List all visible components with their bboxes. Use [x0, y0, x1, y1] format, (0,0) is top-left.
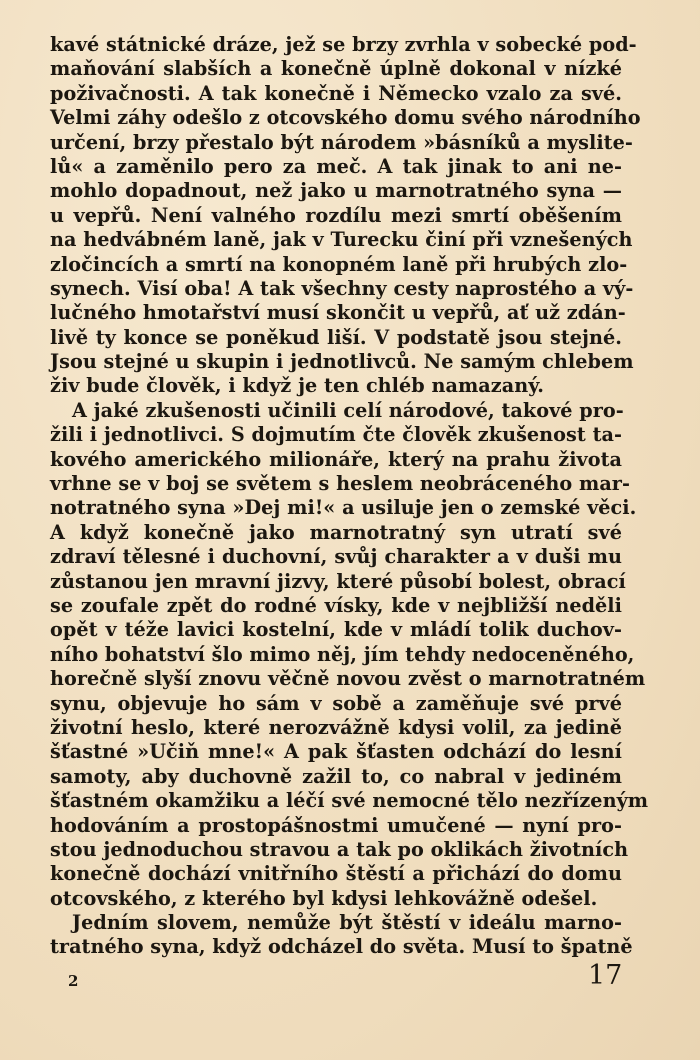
text-line: Velmi záhy odešlo z otcovského domu svéh…: [50, 106, 622, 130]
text-line: ního bohatství šlo mimo něj, jím tehdy n…: [50, 643, 622, 667]
text-line: maňování slabších a konečně úplně dokona…: [50, 57, 622, 81]
text-line: určení, brzy přestalo být národem »básní…: [50, 131, 622, 155]
text-line: kavé státnické dráze, jež se brzy zvrhla…: [50, 33, 622, 57]
text-line: lů« a zaměnilo pero za meč. A tak jinak …: [50, 155, 622, 179]
text-line: zdraví tělesné i duchovní, svůj charakte…: [50, 545, 622, 569]
text-line: se zoufale zpět do rodné vísky, kde v ne…: [50, 594, 622, 618]
text-line: životní heslo, které nerozvážně kdysi vo…: [50, 716, 622, 740]
text-line: u vepřů. Není valného rozdílu mezi smrtí…: [50, 204, 622, 228]
signature-mark: 2: [68, 972, 78, 990]
text-line: livě ty konce se poněkud liší. V podstat…: [50, 326, 622, 350]
text-line: A jaké zkušenosti učinili celí národové,…: [50, 399, 622, 423]
text-line: poživačnosti. A tak konečně i Německo vz…: [50, 82, 622, 106]
text-line: konečně dochází vnitřního štěstí a přich…: [50, 862, 622, 886]
text-line: šťastné »Učiň mne!« A pak šťasten odcház…: [50, 740, 622, 764]
book-page-text: kavé státnické dráze, jež se brzy zvrhla…: [50, 33, 622, 960]
text-line: horečně slyší znovu věčně novou zvěst o …: [50, 667, 622, 691]
text-line: zůstanou jen mravní jizvy, které působí …: [50, 570, 622, 594]
text-line: notratného syna »Dej mi!« a usiluje jen …: [50, 496, 622, 520]
text-line: šťastném okamžiku a léčí své nemocné těl…: [50, 789, 622, 813]
text-line: Jedním slovem, nemůže být štěstí v ideál…: [50, 911, 622, 935]
text-line: tratného syna, když odcházel do světa. M…: [50, 935, 622, 959]
text-line: opět v téže lavici kostelní, kde v mládí…: [50, 618, 622, 642]
page-number: 17: [588, 960, 622, 991]
text-line: živ bude člověk, i když je ten chléb nam…: [50, 374, 622, 398]
text-line: A když konečně jako marnotratný syn utra…: [50, 521, 622, 545]
text-line: žili i jednotlivci. S dojmutím čte člově…: [50, 423, 622, 447]
text-line: stou jednoduchou stravou a tak po okliká…: [50, 838, 622, 862]
text-line: lučného hmotařství musí skončit u vepřů,…: [50, 301, 622, 325]
text-line: vrhne se v boj se světem s heslem neobrá…: [50, 472, 622, 496]
text-line: Jsou stejné u skupin i jednotlivců. Ne s…: [50, 350, 622, 374]
text-line: hodováním a prostopášnostmi umučené — ny…: [50, 814, 622, 838]
text-line: samoty, aby duchovně zažil to, co nabral…: [50, 765, 622, 789]
text-line: kového amerického milionáře, který na pr…: [50, 448, 622, 472]
text-line: mohlo dopadnout, než jako u marnotratnéh…: [50, 179, 622, 203]
text-line: na hedvábném laně, jak v Turecku činí př…: [50, 228, 622, 252]
text-line: synu, objevuje ho sám v sobě a zaměňuje …: [50, 692, 622, 716]
text-line: otcovského, z kterého byl kdysi lehkováž…: [50, 887, 622, 911]
text-line: zločincích a smrtí na konopném laně při …: [50, 253, 622, 277]
text-line: synech. Visí oba! A tak všechny cesty na…: [50, 277, 622, 301]
